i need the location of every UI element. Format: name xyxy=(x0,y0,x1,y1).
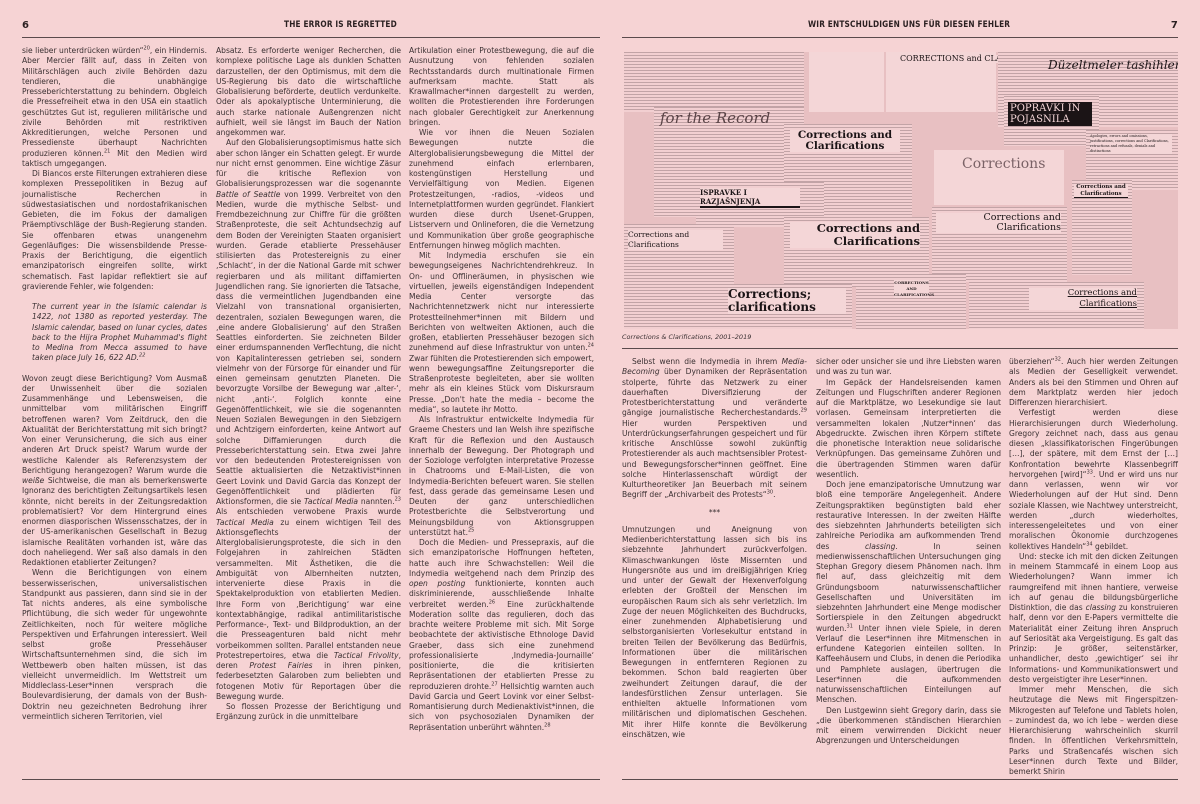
paragraph: So flossen Prozesse der Berichtigung und… xyxy=(216,702,401,723)
paragraph: überziehen“32. Auch hier werden Zeitunge… xyxy=(1009,357,1178,408)
right-page: WIR ENTSCHULDIGEN UNS FÜR DIESEN FEHLER … xyxy=(600,0,1200,804)
paragraph: sie lieber unterdrücken würden“20, ein H… xyxy=(22,46,207,169)
text-column-1: Selbst wenn die Indymedia in ihrem Media… xyxy=(622,357,807,740)
clipping: Corrections and Clarifications xyxy=(624,224,734,329)
paragraph: Als Infrastruktur entwickelte Indymedia … xyxy=(409,415,594,538)
clipping-headline: Corrections and Clarifications xyxy=(628,230,723,250)
clipping: CORRECTIONS AND CLARIFICATIONS xyxy=(856,274,966,329)
clipping: CORRECTIONS and CLARIFICATIONS xyxy=(886,52,996,112)
clipping: Corrections xyxy=(934,150,1064,205)
paragraph: Doch die Medien- und Pressepraxis, auf d… xyxy=(409,538,594,733)
clipping: Corrections and Clarifications xyxy=(1072,180,1132,275)
header-rule xyxy=(22,37,600,38)
text-column-2: Absatz. Es erforderte weniger Recherchen… xyxy=(216,46,401,723)
section-separator: *** xyxy=(622,508,807,518)
text-column-3: überziehen“32. Auch hier werden Zeitunge… xyxy=(1009,357,1178,777)
page-number: 6 xyxy=(22,20,29,31)
clipping: POPRAVKI IN POJASNILA xyxy=(1004,96,1099,146)
clipping-headline: Düzeltmeler tashihler xyxy=(1048,58,1178,72)
running-title: THE ERROR IS REGRETTED xyxy=(284,20,397,30)
paragraph: sicher oder unsicher sie und ihre Liebst… xyxy=(816,357,1001,378)
clipping-headline: Corrections and Clarifications xyxy=(936,213,1061,233)
clipping-headline: Apologies, errors and omissions, justifi… xyxy=(1090,134,1172,154)
text-column-2: sicher oder unsicher sie und ihre Liebst… xyxy=(816,357,1001,747)
clipping-headline: Corrections and Clarifications xyxy=(790,222,920,248)
clipping-headline: ISPRAVKE I RAZJAŠNJENJA xyxy=(700,188,800,208)
newspaper-clippings-collage: CORRECTIONS and CLARIFICATIONS Düzeltmel… xyxy=(624,52,1178,329)
paragraph: Umnutzungen und Aneignung von Medienberi… xyxy=(622,525,807,740)
paragraph: Di Biancos erste Filterungen extrahieren… xyxy=(22,169,207,292)
caption-rule xyxy=(622,348,1178,349)
clipping-headline: Corrections and Clarifications xyxy=(1074,184,1128,198)
paragraph: Mit Indymedia erschufen sie ein bewegung… xyxy=(409,251,594,415)
clipping-headline: CORRECTIONS AND CLARIFICATIONS xyxy=(894,280,929,298)
paragraph: Doch jene emanzipatorische Umnutzung war… xyxy=(816,480,1001,706)
paragraph: Artikulation einer Protestbewegung, die … xyxy=(409,46,594,128)
paragraph: Absatz. Es erforderte weniger Recherchen… xyxy=(216,46,401,138)
paragraph: Wenn die Berichtigungen von einem besser… xyxy=(22,568,207,722)
page-number: 7 xyxy=(1171,20,1178,31)
block-quote: The current year in the Islamic calendar… xyxy=(32,302,207,364)
header-rule xyxy=(622,37,1178,38)
footer-rule xyxy=(622,779,1178,780)
text-column-3: Artikulation einer Protestbewegung, die … xyxy=(409,46,594,733)
paragraph: Im Gepäck der Handelsreisenden kamen Zei… xyxy=(816,378,1001,481)
clipping-headline: Corrections and Clarifications xyxy=(1029,288,1137,310)
clipping xyxy=(624,52,804,112)
paragraph: Selbst wenn die Indymedia in ihrem Media… xyxy=(622,357,807,501)
paragraph: Auf den Globalisierungsoptimismus hatte … xyxy=(216,138,401,702)
paragraph: Immer mehr Menschen, die sich heutzutage… xyxy=(1009,685,1178,777)
paragraph: Und: stecke ich mit den dicken Zeitungen… xyxy=(1009,552,1178,685)
clipping-headline: Corrections and Clarifications xyxy=(790,130,900,152)
left-page: 6 THE ERROR IS REGRETTED sie lieber unte… xyxy=(0,0,600,804)
paragraph: Verfestigt werden diese Hierarchisierung… xyxy=(1009,408,1178,552)
clipping xyxy=(809,52,884,112)
paragraph: Wovon zeugt diese Berichtigung? Vom Ausm… xyxy=(22,374,207,569)
figure-caption: Corrections & Clarifications, 2001–2019 xyxy=(622,333,751,341)
clipping: Corrections and Clarifications xyxy=(969,282,1144,329)
footer-rule xyxy=(22,779,600,780)
paragraph: Den Lustgewinn sieht Gregory darin, dass… xyxy=(816,706,1001,747)
running-header: 6 THE ERROR IS REGRETTED xyxy=(22,20,600,36)
clipping: Corrections; clarifications xyxy=(724,284,852,329)
running-header: WIR ENTSCHULDIGEN UNS FÜR DIESEN FEHLER … xyxy=(622,20,1178,36)
clipping-headline: Corrections xyxy=(962,156,1045,172)
text-column-1: sie lieber unterdrücken würden“20, ein H… xyxy=(22,46,207,722)
clipping: Corrections and Clarifications xyxy=(932,207,1067,282)
running-title: WIR ENTSCHULDIGEN UNS FÜR DIESEN FEHLER xyxy=(808,20,1010,30)
clipping-headline: Corrections; clarifications xyxy=(728,288,846,314)
clipping-headline: for the Record xyxy=(660,109,770,127)
clipping-headline: POPRAVKI IN POJASNILA xyxy=(1008,102,1092,126)
paragraph: Wie vor ihnen die Neuen Sozialen Bewegun… xyxy=(409,128,594,251)
